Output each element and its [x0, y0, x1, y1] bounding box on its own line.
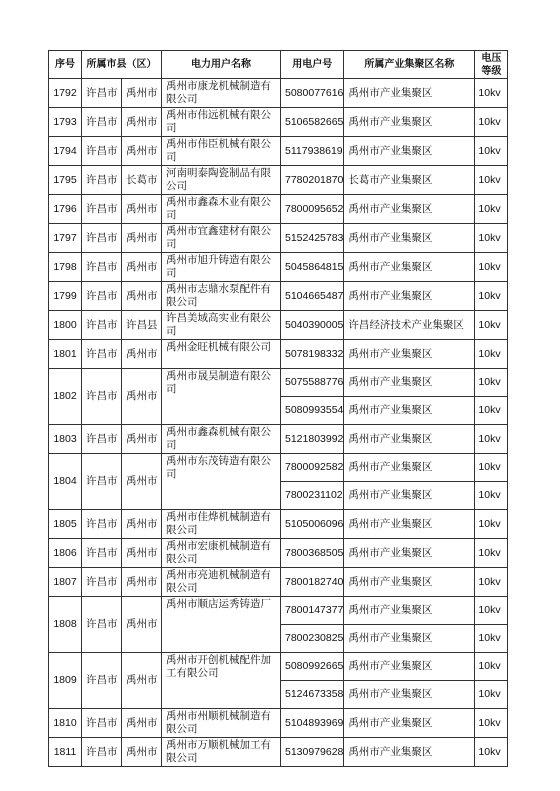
account-cell: 5121803992: [281, 425, 344, 454]
county-cell: 禹州市: [122, 653, 162, 709]
account-cell: 7800231102: [281, 482, 344, 510]
city-cell: 许昌市: [82, 369, 122, 425]
zone-cell: 禹州市产业集聚区: [344, 454, 475, 482]
header-seq: 序号: [49, 51, 82, 79]
county-cell: 禹州市: [122, 369, 162, 425]
city-cell: 许昌市: [82, 340, 122, 369]
table-row: 1799许昌市禹州市禹州市志鼎水泵配件有限公司5104665487禹州市产业集聚…: [49, 282, 508, 311]
table-row: 1807许昌市禹州市禹州市亮迪机械制造有限公司7800182740禹州市产业集聚…: [49, 568, 508, 597]
city-cell: 许昌市: [82, 311, 122, 340]
table-row: 1802许昌市禹州市禹州市晟昊制造有限公司5075588776禹州市产业集聚区1…: [49, 369, 508, 397]
header-zone: 所属产业集聚区名称: [344, 51, 475, 79]
county-cell: 禹州市: [122, 137, 162, 166]
user-name-cell: 禹州市佳烨机械制造有限公司: [162, 510, 281, 539]
account-cell: 7780201870: [281, 166, 344, 195]
voltage-cell: 10kv: [475, 253, 508, 282]
voltage-cell: 10kv: [475, 681, 508, 709]
table-row: 1805许昌市禹州市禹州市佳烨机械制造有限公司5105006096禹州市产业集聚…: [49, 510, 508, 539]
city-cell: 许昌市: [82, 653, 122, 709]
account-cell: 5105006096: [281, 510, 344, 539]
voltage-cell: 10kv: [475, 224, 508, 253]
county-cell: 禹州市: [122, 510, 162, 539]
county-cell: 禹州市: [122, 539, 162, 568]
account-cell: 5075588776: [281, 369, 344, 397]
zone-cell: 禹州市产业集聚区: [344, 539, 475, 568]
county-cell: 禹州市: [122, 568, 162, 597]
city-cell: 许昌市: [82, 454, 122, 510]
header-voltage: 电压等级: [475, 51, 508, 79]
zone-cell: 禹州市产业集聚区: [344, 482, 475, 510]
table-row: 1796许昌市禹州市禹州市鑫森木业有限公司7800095652禹州市产业集聚区1…: [49, 195, 508, 224]
table-row: 1795许昌市长葛市河南明泰陶瓷制品有限公司7780201870长葛市产业集聚区…: [49, 166, 508, 195]
zone-cell: 禹州市产业集聚区: [344, 425, 475, 454]
seq-cell: 1793: [49, 108, 82, 137]
voltage-cell: 10kv: [475, 397, 508, 425]
seq-cell: 1794: [49, 137, 82, 166]
zone-cell: 禹州市产业集聚区: [344, 397, 475, 425]
account-cell: 5040390005: [281, 311, 344, 340]
zone-cell: 禹州市产业集聚区: [344, 568, 475, 597]
voltage-cell: 10kv: [475, 340, 508, 369]
header-voltage-line1: 电压: [481, 53, 501, 64]
user-name-cell: 禹州市顺店运秀铸造厂: [162, 597, 281, 653]
account-cell: 7800095652: [281, 195, 344, 224]
zone-cell: 禹州市产业集聚区: [344, 340, 475, 369]
user-name-cell: 禹州市开创机械配件加工有限公司: [162, 653, 281, 709]
seq-cell: 1805: [49, 510, 82, 539]
header-voltage-line2: 等级: [481, 66, 501, 77]
seq-cell: 1802: [49, 369, 82, 425]
zone-cell: 禹州市产业集聚区: [344, 253, 475, 282]
city-cell: 许昌市: [82, 709, 122, 738]
county-cell: 许昌县: [122, 311, 162, 340]
user-name-cell: 禹州市晟昊制造有限公司: [162, 369, 281, 425]
city-cell: 许昌市: [82, 195, 122, 224]
user-name-cell: 禹州市鑫森木业有限公司: [162, 195, 281, 224]
voltage-cell: 10kv: [475, 137, 508, 166]
account-cell: 5080077616: [281, 79, 344, 108]
header-region: 所属市县（区）: [82, 51, 162, 79]
voltage-cell: 10kv: [475, 653, 508, 681]
table-row: 1809许昌市禹州市禹州市开创机械配件加工有限公司5080992665禹州市产业…: [49, 653, 508, 681]
voltage-cell: 10kv: [475, 625, 508, 653]
zone-cell: 禹州市产业集聚区: [344, 510, 475, 539]
seq-cell: 1808: [49, 597, 82, 653]
county-cell: 禹州市: [122, 108, 162, 137]
voltage-cell: 10kv: [475, 108, 508, 137]
user-name-cell: 禹州市旭升铸造有限公司: [162, 253, 281, 282]
table-row: 1800许昌市许昌县许昌美域高实业有限公司5040390005许昌经济技术产业集…: [49, 311, 508, 340]
account-cell: 5117938619: [281, 137, 344, 166]
user-name-cell: 禹州市亮迪机械制造有限公司: [162, 568, 281, 597]
city-cell: 许昌市: [82, 79, 122, 108]
zone-cell: 禹州市产业集聚区: [344, 108, 475, 137]
table-row: 1808许昌市禹州市禹州市顺店运秀铸造厂7800147377禹州市产业集聚区10…: [49, 597, 508, 625]
city-cell: 许昌市: [82, 282, 122, 311]
voltage-cell: 10kv: [475, 369, 508, 397]
header-user-name: 电力用户名称: [162, 51, 281, 79]
seq-cell: 1796: [49, 195, 82, 224]
zone-cell: 禹州市产业集聚区: [344, 625, 475, 653]
seq-cell: 1807: [49, 568, 82, 597]
user-name-cell: 禹州市伟臣机械有限公司: [162, 137, 281, 166]
voltage-cell: 10kv: [475, 568, 508, 597]
county-cell: 禹州市: [122, 282, 162, 311]
voltage-cell: 10kv: [475, 79, 508, 108]
voltage-cell: 10kv: [475, 311, 508, 340]
zone-cell: 禹州市产业集聚区: [344, 681, 475, 709]
city-cell: 许昌市: [82, 253, 122, 282]
zone-cell: 禹州市产业集聚区: [344, 653, 475, 681]
county-cell: 禹州市: [122, 340, 162, 369]
seq-cell: 1804: [49, 454, 82, 510]
zone-cell: 禹州市产业集聚区: [344, 369, 475, 397]
voltage-cell: 10kv: [475, 282, 508, 311]
table-row: 1811许昌市禹州市禹州市万顺机械加工有限公司5130979628禹州市产业集聚…: [49, 738, 508, 767]
seq-cell: 1803: [49, 425, 82, 454]
county-cell: 长葛市: [122, 166, 162, 195]
seq-cell: 1801: [49, 340, 82, 369]
seq-cell: 1798: [49, 253, 82, 282]
table-row: 1797许昌市禹州市禹州市宜鑫建材有限公司5152425783禹州市产业集聚区1…: [49, 224, 508, 253]
city-cell: 许昌市: [82, 224, 122, 253]
seq-cell: 1806: [49, 539, 82, 568]
zone-cell: 禹州市产业集聚区: [344, 224, 475, 253]
county-cell: 禹州市: [122, 253, 162, 282]
account-cell: 5080993554: [281, 397, 344, 425]
user-name-cell: 禹州市志鼎水泵配件有限公司: [162, 282, 281, 311]
seq-cell: 1795: [49, 166, 82, 195]
table-row: 1810许昌市禹州市禹州市州顺机械制造有限公司5104893969禹州市产业集聚…: [49, 709, 508, 738]
table-row: 1801许昌市禹州市禹州金旺机械有限公司5078198332禹州市产业集聚区10…: [49, 340, 508, 369]
table-body: 1792许昌市禹州市禹州市康龙机械制造有限公司5080077616禹州市产业集聚…: [49, 79, 508, 767]
seq-cell: 1809: [49, 653, 82, 709]
account-cell: 5130979628: [281, 738, 344, 767]
voltage-cell: 10kv: [475, 738, 508, 767]
seq-cell: 1800: [49, 311, 82, 340]
account-cell: 7800147377: [281, 597, 344, 625]
voltage-cell: 10kv: [475, 597, 508, 625]
voltage-cell: 10kv: [475, 166, 508, 195]
county-cell: 禹州市: [122, 224, 162, 253]
zone-cell: 禹州市产业集聚区: [344, 79, 475, 108]
county-cell: 禹州市: [122, 738, 162, 767]
zone-cell: 长葛市产业集聚区: [344, 166, 475, 195]
voltage-cell: 10kv: [475, 195, 508, 224]
county-cell: 禹州市: [122, 425, 162, 454]
seq-cell: 1797: [49, 224, 82, 253]
user-name-cell: 禹州市万顺机械加工有限公司: [162, 738, 281, 767]
city-cell: 许昌市: [82, 166, 122, 195]
user-name-cell: 河南明泰陶瓷制品有限公司: [162, 166, 281, 195]
power-user-table: 序号 所属市县（区） 电力用户名称 用电户号 所属产业集聚区名称 电压等级 17…: [48, 50, 508, 767]
voltage-cell: 10kv: [475, 454, 508, 482]
city-cell: 许昌市: [82, 539, 122, 568]
table-row: 1798许昌市禹州市禹州市旭升铸造有限公司5045864815禹州市产业集聚区1…: [49, 253, 508, 282]
table-row: 1794许昌市禹州市禹州市伟臣机械有限公司5117938619禹州市产业集聚区1…: [49, 137, 508, 166]
account-cell: 7800368505: [281, 539, 344, 568]
account-cell: 7800182740: [281, 568, 344, 597]
city-cell: 许昌市: [82, 108, 122, 137]
zone-cell: 禹州市产业集聚区: [344, 597, 475, 625]
header-row: 序号 所属市县（区） 电力用户名称 用电户号 所属产业集聚区名称 电压等级: [49, 51, 508, 79]
county-cell: 禹州市: [122, 454, 162, 510]
table-row: 1804许昌市禹州市禹州市东茂铸造有限公司7800092582禹州市产业集聚区1…: [49, 454, 508, 482]
city-cell: 许昌市: [82, 738, 122, 767]
zone-cell: 禹州市产业集聚区: [344, 738, 475, 767]
account-cell: 7800230825: [281, 625, 344, 653]
seq-cell: 1811: [49, 738, 82, 767]
zone-cell: 禹州市产业集聚区: [344, 195, 475, 224]
user-name-cell: 禹州市东茂铸造有限公司: [162, 454, 281, 510]
account-cell: 5045864815: [281, 253, 344, 282]
user-name-cell: 禹州市康龙机械制造有限公司: [162, 79, 281, 108]
city-cell: 许昌市: [82, 137, 122, 166]
seq-cell: 1799: [49, 282, 82, 311]
account-cell: 5106582665: [281, 108, 344, 137]
county-cell: 禹州市: [122, 597, 162, 653]
zone-cell: 禹州市产业集聚区: [344, 709, 475, 738]
zone-cell: 禹州市产业集聚区: [344, 137, 475, 166]
account-cell: 5124673358: [281, 681, 344, 709]
seq-cell: 1792: [49, 79, 82, 108]
user-name-cell: 许昌美域高实业有限公司: [162, 311, 281, 340]
zone-cell: 许昌经济技术产业集聚区: [344, 311, 475, 340]
county-cell: 禹州市: [122, 195, 162, 224]
voltage-cell: 10kv: [475, 425, 508, 454]
account-cell: 5080992665: [281, 653, 344, 681]
user-name-cell: 禹州市宏康机械制造有限公司: [162, 539, 281, 568]
voltage-cell: 10kv: [475, 482, 508, 510]
table-row: 1806许昌市禹州市禹州市宏康机械制造有限公司7800368505禹州市产业集聚…: [49, 539, 508, 568]
voltage-cell: 10kv: [475, 510, 508, 539]
header-account: 用电户号: [281, 51, 344, 79]
county-cell: 禹州市: [122, 79, 162, 108]
user-name-cell: 禹州市宜鑫建材有限公司: [162, 224, 281, 253]
table-row: 1803许昌市禹州市禹州市鑫森机械有限公司5121803992禹州市产业集聚区1…: [49, 425, 508, 454]
table-row: 1792许昌市禹州市禹州市康龙机械制造有限公司5080077616禹州市产业集聚…: [49, 79, 508, 108]
user-name-cell: 禹州市伟远机械有限公司: [162, 108, 281, 137]
account-cell: 5104893969: [281, 709, 344, 738]
city-cell: 许昌市: [82, 425, 122, 454]
city-cell: 许昌市: [82, 568, 122, 597]
table-row: 1793许昌市禹州市禹州市伟远机械有限公司5106582665禹州市产业集聚区1…: [49, 108, 508, 137]
user-name-cell: 禹州市州顺机械制造有限公司: [162, 709, 281, 738]
seq-cell: 1810: [49, 709, 82, 738]
city-cell: 许昌市: [82, 597, 122, 653]
user-name-cell: 禹州市鑫森机械有限公司: [162, 425, 281, 454]
voltage-cell: 10kv: [475, 539, 508, 568]
account-cell: 5152425783: [281, 224, 344, 253]
voltage-cell: 10kv: [475, 709, 508, 738]
account-cell: 5104665487: [281, 282, 344, 311]
account-cell: 5078198332: [281, 340, 344, 369]
user-name-cell: 禹州金旺机械有限公司: [162, 340, 281, 369]
zone-cell: 禹州市产业集聚区: [344, 282, 475, 311]
county-cell: 禹州市: [122, 709, 162, 738]
city-cell: 许昌市: [82, 510, 122, 539]
account-cell: 7800092582: [281, 454, 344, 482]
